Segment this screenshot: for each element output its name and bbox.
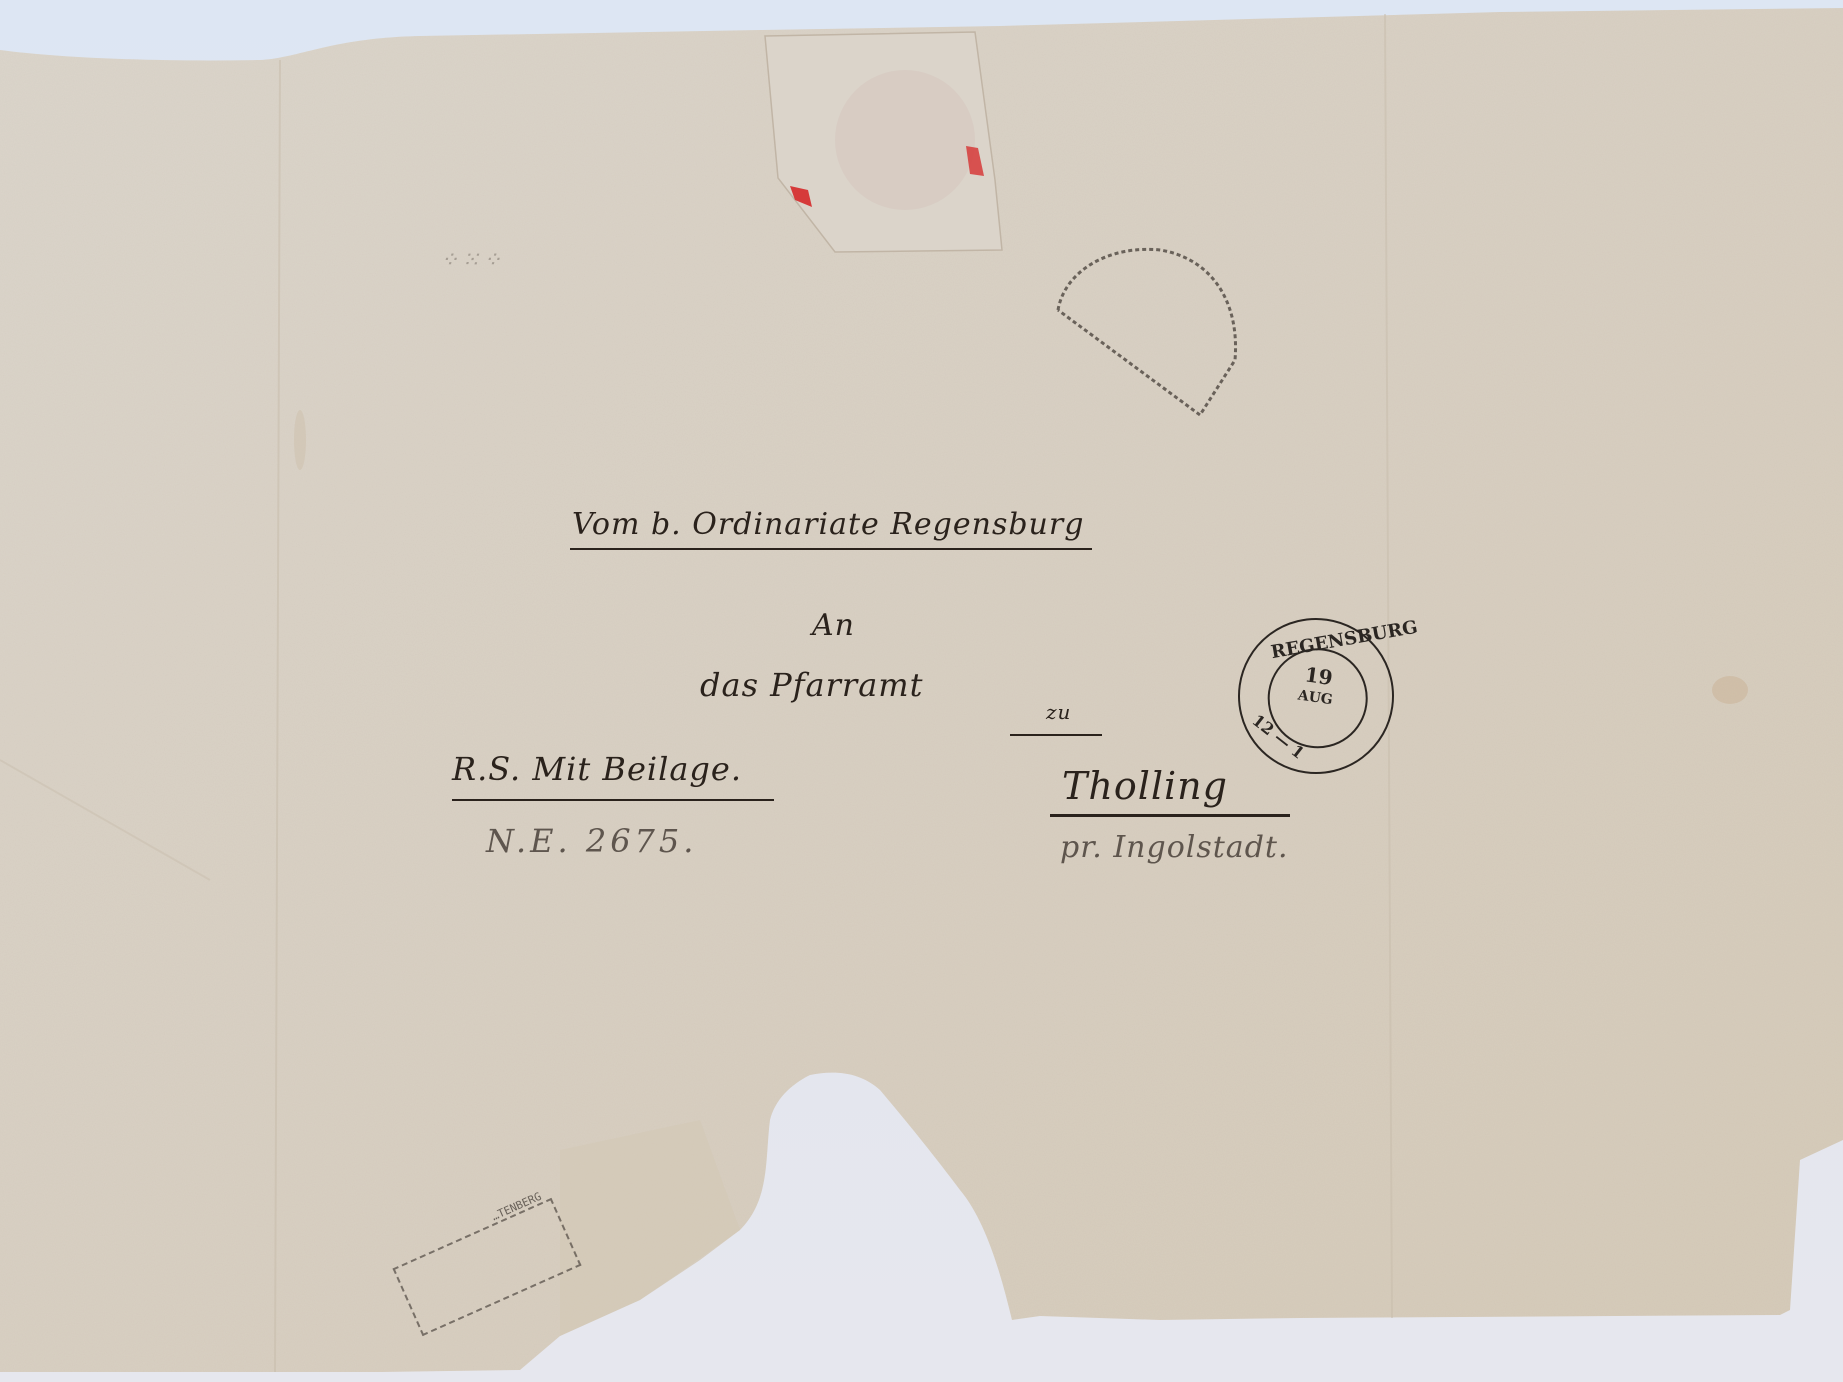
sender-underline [570, 548, 1092, 550]
annotation-line: R.S. Mit Beilage. [452, 750, 742, 788]
document-stage: ⁘⁙⁘ Vom b. Ordinariate Regensburg An das… [0, 0, 1843, 1382]
wax-seal-residue [835, 70, 975, 210]
via-line: pr. Ingolstadt. [1060, 830, 1289, 865]
destination: Tholling [1062, 764, 1228, 808]
faint-stamp-smudge: ⁘⁙⁘ [440, 248, 504, 273]
postmark-day: 19 [1303, 662, 1334, 690]
destination-underline [1050, 814, 1290, 817]
zu-label: zu [1046, 700, 1071, 724]
reference-number: N.E. 2675. [486, 822, 697, 860]
zu-underline [1010, 734, 1102, 736]
salutation: An [812, 608, 855, 643]
recipient-line: das Pfarramt [700, 666, 923, 704]
annotation-underline [452, 799, 774, 801]
sender-line: Vom b. Ordinariate Regensburg [572, 507, 1084, 542]
